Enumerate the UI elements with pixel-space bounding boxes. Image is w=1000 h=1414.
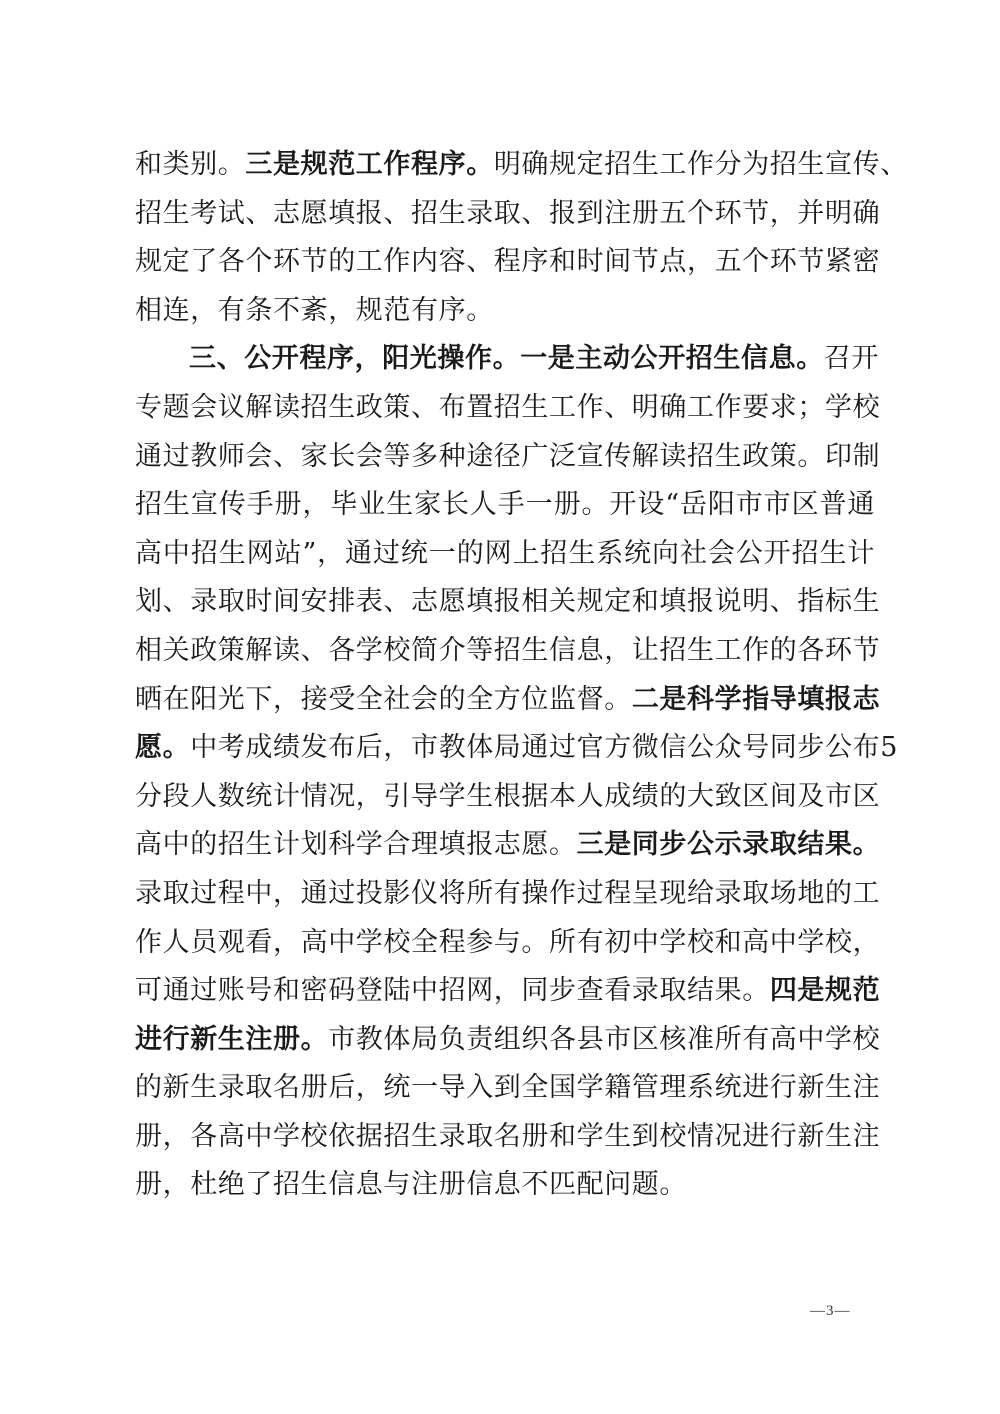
body-text: 和类别。三是规范工作程序。明确规定招生工作分为招生宣传、招生考试、志愿填报、招生… bbox=[135, 141, 875, 1210]
text-line: 招生宣传手册，毕业生家长人手一册。开设“岳阳市市区普通 bbox=[135, 481, 875, 530]
text-line: 的新生录取名册后，统一导入到全国学籍管理系统进行新生注 bbox=[135, 1064, 875, 1113]
text-line: 三、公开程序，阳光操作。一是主动公开招生信息。召开 bbox=[135, 335, 875, 384]
bold-heading-text: 三是同步公示录取结果。 bbox=[577, 829, 881, 860]
body-text-segment: 相关政策解读、各学校简介等招生信息，让招生工作的各环节 bbox=[135, 635, 880, 666]
text-line: 相连，有条不紊，规范有序。 bbox=[135, 287, 875, 336]
text-line: 册，各高中学校依据招生录取名册和学生到校情况进行新生注 bbox=[135, 1113, 875, 1162]
body-text-segment: 录取过程中，通过投影仪将所有操作过程呈现给录取场地的工 bbox=[135, 878, 880, 909]
bold-heading-text: 一是主动公开招生信息。 bbox=[520, 343, 824, 374]
body-text-segment: 中考成绩发布后，市教体局通过官方微信公众号同步公布5 bbox=[190, 732, 898, 763]
text-line: 录取过程中，通过投影仪将所有操作过程呈现给录取场地的工 bbox=[135, 870, 875, 919]
text-line: 分段人数统计情况，引导学生根据本人成绩的大致区间及市区 bbox=[135, 773, 875, 822]
text-line: 可通过账号和密码登陆中招网，同步查看录取结果。四是规范 bbox=[135, 967, 875, 1016]
body-text-segment: 晒在阳光下，接受全社会的全方位监督。 bbox=[135, 684, 632, 715]
text-line: 招生考试、志愿填报、招生录取、报到注册五个环节，并明确 bbox=[135, 190, 875, 239]
body-text-segment: 的新生录取名册后，统一导入到全国学籍管理系统进行新生注 bbox=[135, 1072, 880, 1103]
text-line: 相关政策解读、各学校简介等招生信息，让招生工作的各环节 bbox=[135, 627, 875, 676]
body-text-segment: 可通过账号和密码登陆中招网，同步查看录取结果。 bbox=[135, 975, 770, 1006]
document-page: 和类别。三是规范工作程序。明确规定招生工作分为招生宣传、招生考试、志愿填报、招生… bbox=[0, 0, 1000, 1414]
body-text-segment: 高中的招生计划科学合理填报志愿。 bbox=[135, 829, 577, 860]
text-line: 高中的招生计划科学合理填报志愿。三是同步公示录取结果。 bbox=[135, 821, 875, 870]
body-text-segment: 市教体局负责组织各县市区核准所有高中学校 bbox=[328, 1024, 880, 1055]
bold-heading-text: 四是规范 bbox=[770, 975, 880, 1006]
body-text-segment: 明确规定招生工作分为招生宣传、 bbox=[494, 149, 908, 180]
body-text-segment: 专题会议解读招生政策、布置招生工作、明确工作要求；学校 bbox=[135, 392, 880, 423]
body-text-segment: 作人员观看，高中学校全程参与。所有初中学校和高中学校， bbox=[135, 927, 880, 958]
body-text-segment: 召开 bbox=[824, 343, 879, 374]
bold-heading-text: 三、公开程序，阳光操作。 bbox=[189, 343, 520, 374]
body-text-segment: 规定了各个环节的工作内容、程序和时间节点，五个环节紧密 bbox=[135, 246, 880, 277]
bold-heading-text: 进行新生注册。 bbox=[135, 1024, 328, 1055]
text-line: 专题会议解读招生政策、布置招生工作、明确工作要求；学校 bbox=[135, 384, 875, 433]
text-line: 规定了各个环节的工作内容、程序和时间节点，五个环节紧密 bbox=[135, 238, 875, 287]
text-line: 和类别。三是规范工作程序。明确规定招生工作分为招生宣传、 bbox=[135, 141, 875, 190]
body-text-segment: 划、录取时间安排表、志愿填报相关规定和填报说明、指标生 bbox=[135, 586, 880, 617]
bold-heading-text: 二是科学指导填报志 bbox=[632, 684, 880, 715]
body-text-segment: 相连，有条不紊，规范有序。 bbox=[135, 295, 494, 326]
bold-heading-text: 愿。 bbox=[135, 732, 190, 763]
body-text-segment: 招生考试、志愿填报、招生录取、报到注册五个环节，并明确 bbox=[135, 198, 880, 229]
body-text-segment: 分段人数统计情况，引导学生根据本人成绩的大致区间及市区 bbox=[135, 781, 880, 812]
text-line: 作人员观看，高中学校全程参与。所有初中学校和高中学校， bbox=[135, 919, 875, 968]
body-text-segment: 册，杜绝了招生信息与注册信息不匹配问题。 bbox=[135, 1169, 687, 1200]
text-line: 进行新生注册。市教体局负责组织各县市区核准所有高中学校 bbox=[135, 1016, 875, 1065]
text-line: 册，杜绝了招生信息与注册信息不匹配问题。 bbox=[135, 1161, 875, 1210]
body-text-segment: 高中招生网站”，通过统一的网上招生系统向社会公开招生计 bbox=[135, 538, 875, 569]
body-text-segment: 和类别。 bbox=[135, 149, 245, 180]
text-line: 通过教师会、家长会等多种途径广泛宣传解读招生政策。印制 bbox=[135, 433, 875, 482]
text-line: 愿。中考成绩发布后，市教体局通过官方微信公众号同步公布5 bbox=[135, 724, 875, 773]
body-text-segment: 册，各高中学校依据招生录取名册和学生到校情况进行新生注 bbox=[135, 1121, 880, 1152]
page-number: —3— bbox=[810, 1303, 851, 1320]
body-text-segment: 招生宣传手册，毕业生家长人手一册。开设“岳阳市市区普通 bbox=[135, 489, 875, 520]
bold-heading-text: 三是规范工作程序。 bbox=[245, 149, 493, 180]
body-text-segment: 通过教师会、家长会等多种途径广泛宣传解读招生政策。印制 bbox=[135, 441, 880, 472]
text-line: 高中招生网站”，通过统一的网上招生系统向社会公开招生计 bbox=[135, 530, 875, 579]
text-line: 划、录取时间安排表、志愿填报相关规定和填报说明、指标生 bbox=[135, 578, 875, 627]
text-line: 晒在阳光下，接受全社会的全方位监督。二是科学指导填报志 bbox=[135, 676, 875, 725]
